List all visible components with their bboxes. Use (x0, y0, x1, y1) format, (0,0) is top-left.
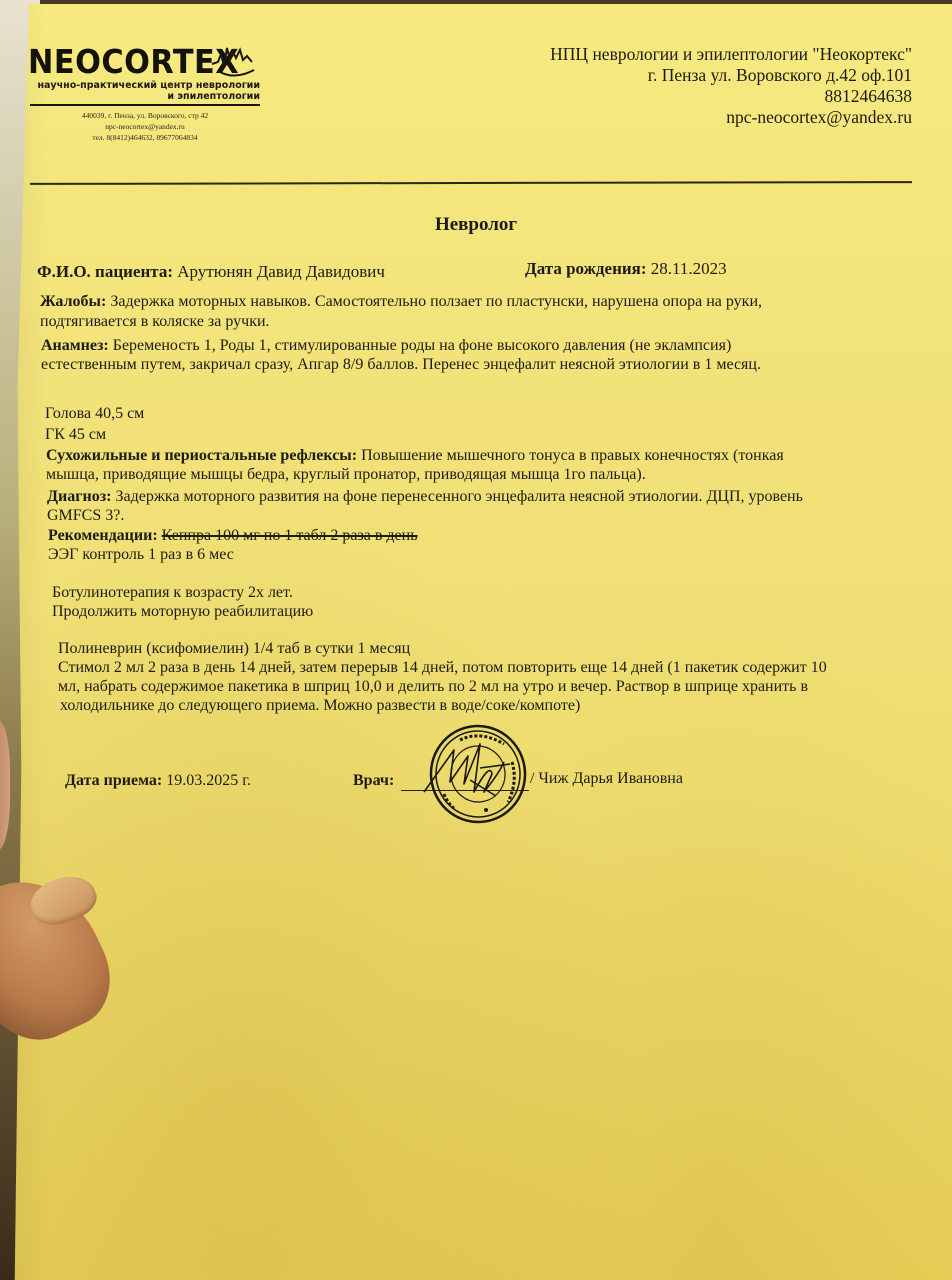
visit-date-line: Дата приема: 19.03.2025 г. (65, 771, 251, 791)
doctor-name: / Чиж Дарья Ивановна (530, 769, 683, 789)
dob-value: 28.11.2023 (651, 259, 727, 278)
logo-subtitle: научно-практический центр неврологии и э… (30, 80, 260, 102)
doctor-label-text: Врач: (353, 772, 394, 789)
reflexes-text: Повышение мышечного тонуса в правых коне… (361, 447, 784, 464)
clinic-header: НПЦ неврологии и эпилептологии "Неокорте… (550, 44, 912, 128)
clinic-email: npc-neocortex@yandex.ru (550, 107, 912, 128)
diagnosis-line-1: Диагноз: Задержка моторного развития на … (47, 487, 803, 507)
complaints-line-1: Жалобы: Задержка моторных навыков. Самос… (40, 292, 762, 312)
complaints-label: Жалобы: (40, 293, 106, 310)
patient-name-label: Ф.И.О. пациента: (37, 262, 173, 281)
doctor-label: Врач: (353, 771, 394, 791)
recommendation-item: Продолжить моторную реабилитацию (52, 602, 313, 622)
reflexes-line-1: Сухожильные и периостальные рефлексы: По… (46, 446, 784, 466)
document-title: Невролог (0, 214, 952, 236)
recommendation-item: мл, набрать содержимое пакетика в шприц … (58, 677, 808, 697)
recommendations-label: Рекомендации: (48, 527, 158, 544)
anamnesis-line-1: Анамнез: Беременость 1, Роды 1, стимулир… (41, 336, 731, 356)
clinic-address: г. Пенза ул. Воровского д.42 оф.101 (550, 65, 912, 86)
complaints-text: Задержка моторных навыков. Самостоятельн… (110, 293, 762, 310)
recommendation-item: холодильнике до следующего приема. Можно… (60, 696, 580, 716)
visit-date: 19.03.2025 г. (166, 772, 251, 789)
chest-circumference: ГК 45 см (45, 425, 106, 445)
brain-wave-icon (210, 42, 260, 82)
patient-name-line: Ф.И.О. пациента: Арутюнян Давид Давидови… (37, 262, 385, 282)
logo-divider (30, 104, 260, 106)
diagnosis-line-2: GMFCS 3?. (47, 506, 124, 526)
dob-line: Дата рождения: 28.11.2023 (525, 259, 727, 279)
complaints-line-2: подтягивается в коляске за ручки. (40, 312, 270, 332)
reflexes-line-2: мышца, приводящие мышцы бедра, круглый п… (46, 465, 646, 485)
clinic-name: НПЦ неврологии и эпилептологии "Неокорте… (550, 44, 912, 65)
anamnesis-label: Анамнез: (41, 337, 109, 354)
logo-email: npc-neocortex@yandex.ru (30, 121, 260, 132)
recommendations-line: Рекомендации: Кеппра 100 мг по 1 табл 2 … (48, 526, 418, 546)
logo-phones: тел. 8(8412)464632, 89677064834 (30, 132, 260, 143)
round-stamp-icon (420, 722, 532, 826)
logo-address: 440039, г. Пенза, ул. Воровского, стр 42 (30, 110, 260, 121)
struck-recommendation: Кеппра 100 мг по 1 табл 2 раза в день (162, 527, 418, 544)
diagnosis-label: Диагноз: (47, 488, 111, 505)
logo-wordmark: NEOCORTEX (28, 42, 239, 81)
head-circumference: Голова 40,5 см (45, 404, 144, 424)
recommendation-item: Стимол 2 мл 2 раза в день 14 дней, затем… (58, 658, 827, 678)
diagnosis-text: Задержка моторного развития на фоне пере… (115, 488, 802, 505)
dob-label: Дата рождения: (525, 259, 647, 278)
clinic-phone: 8812464638 (550, 86, 912, 107)
reflexes-label: Сухожильные и периостальные рефлексы: (46, 447, 357, 464)
visit-date-label: Дата приема: (65, 772, 162, 789)
anamnesis-text: Беременость 1, Роды 1, стимулированные р… (113, 337, 732, 354)
recommendation-item: Ботулинотерапия к возрасту 2х лет. (52, 583, 293, 603)
logo-contacts: 440039, г. Пенза, ул. Воровского, стр 42… (30, 110, 260, 143)
anamnesis-line-2: естественным путем, закричал сразу, Апга… (41, 355, 761, 375)
patient-name: Арутюнян Давид Давидович (177, 262, 385, 281)
recommendation-item: Полиневрин (ксифомиелин) 1/4 таб в сутки… (58, 639, 410, 659)
recommendation-item: ЭЭГ контроль 1 раз в 6 мес (48, 545, 234, 565)
